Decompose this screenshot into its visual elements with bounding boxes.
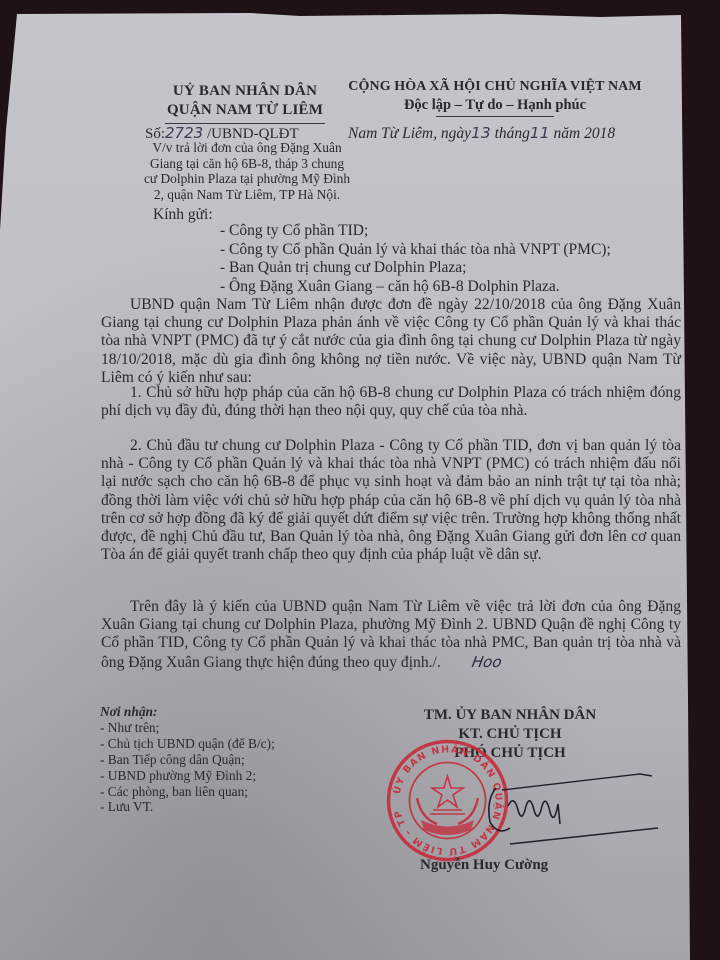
nation-motto: Độc lập – Tự do – Hạnh phúc <box>330 96 660 114</box>
issuer-header: UỶ BAN NHÂN DÂN QUẬN NAM TỪ LIÊM <box>130 82 360 124</box>
salutation: Kính gửi: <box>153 206 213 224</box>
date-day: 13 <box>471 124 491 142</box>
national-header: CỘNG HÒA XÃ HỘI CHỦ NGHĨA VIỆT NAM Độc l… <box>330 78 660 117</box>
receiver-item: - Chủ tịch UBND quận (để B/c); <box>100 736 275 752</box>
paragraph-text: 2. Chủ đầu tư chung cư Dolphin Plaza - C… <box>101 437 681 564</box>
receiver-item: - Lưu VT. <box>100 799 275 815</box>
paragraph-text: 1. Chủ sở hữu hợp pháp của căn hộ 6B-8 c… <box>101 384 681 420</box>
date-year: năm 2018 <box>550 125 615 142</box>
closing-text: Trên đây là ý kiến của UBND quận Nam Từ … <box>101 598 681 671</box>
recipient-list: - Công ty Cổ phần TID; - Công ty Cổ phần… <box>220 222 611 296</box>
paragraph-text: Trên đây là ý kiến của UBND quận Nam Từ … <box>101 598 681 672</box>
signer-name: Nguyễn Huy Cường <box>420 857 548 874</box>
body-paragraph-intro: UBND quận Nam Từ Liêm nhận được đơn đề n… <box>101 296 681 387</box>
motto-underline <box>436 116 554 117</box>
body-paragraph-closing: Trên đây là ý kiến của UBND quận Nam Từ … <box>101 598 681 672</box>
sign-line1: TM. ỦY BAN NHÂN DÂN <box>395 706 625 725</box>
receiver-item: - UBND phường Mỹ Đình 2; <box>100 768 275 784</box>
issuer-line1: UỶ BAN NHÂN DÂN <box>130 82 360 101</box>
recipient-item: - Công ty Cổ phần Quản lý và khai thác t… <box>220 241 611 260</box>
receiver-item: - Như trên; <box>100 720 275 736</box>
receiver-item: - Các phòng, ban liên quan; <box>100 784 275 800</box>
recipient-item: - Ông Đặng Xuân Giang – căn hộ 6B-8 Dolp… <box>220 278 611 297</box>
date-place: Nam Từ Liêm, ngày <box>348 125 471 142</box>
document-subject: V/v trả lời đơn của ông Đặng Xuân Giang … <box>142 140 352 202</box>
receivers-title: Nơi nhận: <box>100 704 275 720</box>
date-month: 11 <box>530 124 550 142</box>
nation-title: CỘNG HÒA XÃ HỘI CHỦ NGHĨA VIỆT NAM <box>330 78 660 96</box>
paragraph-text: UBND quận Nam Từ Liêm nhận được đơn đề n… <box>101 296 681 387</box>
body-paragraph-point2: 2. Chủ đầu tư chung cư Dolphin Plaza - C… <box>101 437 681 564</box>
dateline: Nam Từ Liêm, ngày13 tháng11 năm 2018 <box>348 124 615 143</box>
handwritten-signature-icon <box>480 770 660 855</box>
date-month-label: tháng <box>491 125 530 142</box>
recipient-item: - Ban Quản trị chung cư Dolphin Plaza; <box>220 259 611 278</box>
body-paragraph-point1: 1. Chủ sở hữu hợp pháp của căn hộ 6B-8 c… <box>101 384 681 420</box>
handwritten-initials: Hoo <box>441 653 503 671</box>
receiver-item: - Ban Tiếp công dân Quận; <box>100 752 275 768</box>
recipient-item: - Công ty Cổ phần TID; <box>220 222 611 241</box>
issuer-line2: QUẬN NAM TỪ LIÊM <box>130 101 360 120</box>
receivers-block: Nơi nhận: - Như trên; - Chủ tịch UBND qu… <box>100 704 275 815</box>
